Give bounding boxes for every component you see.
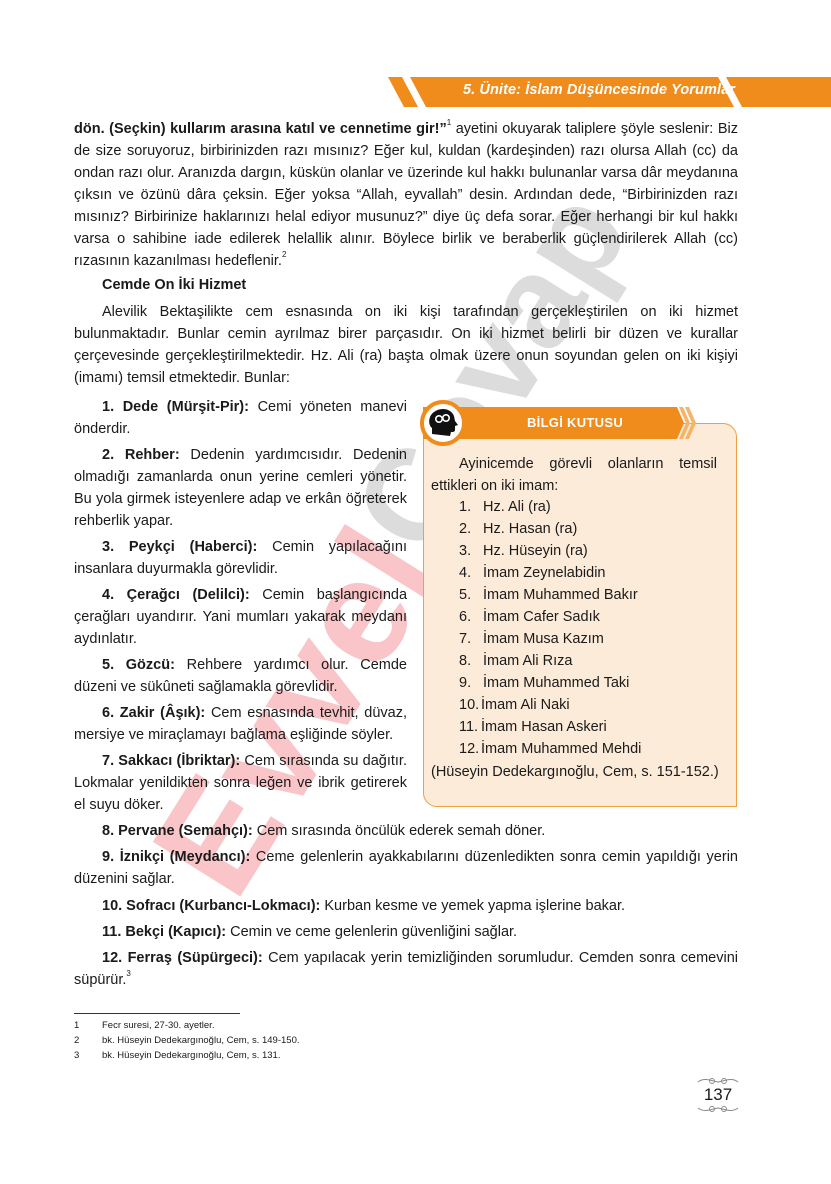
info-box-title: BİLGİ KUTUSU	[500, 415, 650, 430]
footnote-text: bk. Hüseyin Dedekargınoğlu, Cem, s. 131.	[102, 1048, 280, 1063]
imam-number: 2.	[459, 518, 483, 540]
service-label: 2. Rehber:	[102, 447, 180, 463]
service-item: 4. Çerağcı (Delilci): Cemin başlangıcınd…	[74, 584, 407, 650]
imam-item: 11.İmam Hasan Askeri	[459, 716, 641, 738]
service-item: 11. Bekçi (Kapıcı): Cemin ve ceme gelenl…	[74, 921, 738, 943]
quote-bold: dön. (Seçkin) kullarım arasına katıl ve …	[74, 121, 447, 137]
imam-name: İmam Ali Rıza	[483, 650, 572, 672]
service-label: 5. Gözcü:	[102, 657, 175, 673]
imam-number: 3.	[459, 540, 483, 562]
footnote-text: bk. Hüseyin Dedekargınoğlu, Cem, s. 149-…	[102, 1033, 300, 1048]
imam-number: 8.	[459, 650, 483, 672]
imam-item: 5.İmam Muhammed Bakır	[459, 584, 641, 606]
service-item: 10. Sofracı (Kurbancı-Lokmacı): Kurban k…	[74, 895, 738, 917]
footnote-number: 2	[74, 1033, 102, 1048]
imam-number: 9.	[459, 672, 483, 694]
service-item: 7. Sakkacı (İbriktar): Cem sırasında su …	[74, 750, 407, 816]
info-box-source: (Hüseyin Dedekargınoğlu, Cem, s. 151-152…	[431, 761, 719, 783]
header-chevrons-decoration	[670, 407, 700, 439]
footnote-number: 3	[74, 1048, 102, 1063]
service-item: 1. Dede (Mürşit-Pir): Cemi yöneten manev…	[74, 396, 407, 440]
imam-number: 7.	[459, 628, 483, 650]
head-gears-icon	[420, 400, 466, 446]
imam-name: İmam Muhammed Taki	[483, 672, 629, 694]
imam-item: 3.Hz. Hüseyin (ra)	[459, 540, 641, 562]
imam-name: Hz. Hüseyin (ra)	[483, 540, 588, 562]
service-item: 9. İznikçi (Meydancı): Ceme gelenlerin a…	[74, 846, 738, 890]
imam-number: 11.	[459, 716, 481, 738]
footnotes: 1Fecr suresi, 27-30. ayetler. 2bk. Hüsey…	[74, 1018, 300, 1063]
service-label: 1. Dede (Mürşit-Pir):	[102, 399, 249, 415]
imam-name: İmam Musa Kazım	[483, 628, 604, 650]
footnote: 1Fecr suresi, 27-30. ayetler.	[74, 1018, 300, 1033]
service-text: Kurban kesme ve yemek yapma işlerine bak…	[320, 898, 625, 914]
imam-item: 1.Hz. Ali (ra)	[459, 496, 641, 518]
service-label: 8. Pervane (Semahçı):	[102, 823, 253, 839]
imam-number: 12.	[459, 738, 481, 760]
page-number: 137	[686, 1075, 750, 1115]
info-box-intro: Ayinicemde görevli olanların temsil etti…	[431, 453, 717, 497]
imam-number: 5.	[459, 584, 483, 606]
imam-item: 6.İmam Cafer Sadık	[459, 606, 641, 628]
imam-name: İmam Muhammed Mehdi	[481, 738, 641, 760]
imam-item: 4.İmam Zeynelabidin	[459, 562, 641, 584]
unit-banner: 5. Ünite: İslam Düşüncesinde Yorumlar	[388, 77, 831, 107]
imam-number: 4.	[459, 562, 483, 584]
imam-item: 2.Hz. Hasan (ra)	[459, 518, 641, 540]
imam-number: 1.	[459, 496, 483, 518]
imam-name: İmam Ali Naki	[481, 694, 570, 716]
footnote-divider	[74, 1013, 240, 1014]
service-item: 8. Pervane (Semahçı): Cem sırasında öncü…	[74, 820, 738, 842]
intro-text: ayetini okuyarak taliplere şöyle sesleni…	[74, 121, 738, 269]
service-label: 7. Sakkacı (İbriktar):	[102, 753, 240, 769]
section-heading: Cemde On İki Hizmet	[102, 277, 246, 293]
imam-item: 12.İmam Muhammed Mehdi	[459, 738, 641, 760]
service-item: 3. Peykçi (Haberci): Cemin yapılacağını …	[74, 536, 407, 580]
imam-name: İmam Muhammed Bakır	[483, 584, 638, 606]
unit-title: 5. Ünite: İslam Düşüncesinde Yorumlar	[454, 82, 744, 98]
footnote: 2bk. Hüseyin Dedekargınoğlu, Cem, s. 149…	[74, 1033, 300, 1048]
footnote-text: Fecr suresi, 27-30. ayetler.	[102, 1018, 214, 1033]
service-item: 5. Gözcü: Rehbere yardımcı olur. Cemde d…	[74, 654, 407, 698]
service-item: 2. Rehber: Dedenin yardımcısıdır. Dedeni…	[74, 444, 407, 532]
service-text: Cemin ve ceme gelenlerin güvenliğini sağ…	[226, 924, 517, 940]
imam-list: 1.Hz. Ali (ra) 2.Hz. Hasan (ra) 3.Hz. Hü…	[459, 496, 641, 760]
service-item: 6. Zakir (Âşık): Cem esnasında tevhit, d…	[74, 702, 407, 746]
page-number-text: 137	[686, 1085, 750, 1105]
imam-item: 10.İmam Ali Naki	[459, 694, 641, 716]
imam-name: İmam Zeynelabidin	[483, 562, 606, 584]
footnote-number: 1	[74, 1018, 102, 1033]
footnote-ref-3[interactable]: 3	[126, 969, 130, 978]
imam-number: 6.	[459, 606, 483, 628]
imam-item: 8.İmam Ali Rıza	[459, 650, 641, 672]
footnote-ref-2[interactable]: 2	[282, 250, 286, 259]
service-label: 6. Zakir (Âşık):	[102, 705, 205, 721]
service-label: 12. Ferraş (Süpürgeci):	[102, 950, 263, 966]
footnote: 3bk. Hüseyin Dedekargınoğlu, Cem, s. 131…	[74, 1048, 300, 1063]
service-item: 12. Ferraş (Süpürgeci): Cem yapılacak ye…	[74, 947, 738, 991]
service-label: 11. Bekçi (Kapıcı):	[102, 924, 226, 940]
service-text: Cem sırasında öncülük ederek semah döner…	[253, 823, 546, 839]
imam-name: İmam Cafer Sadık	[483, 606, 600, 628]
imam-item: 7.İmam Musa Kazım	[459, 628, 641, 650]
imam-name: İmam Hasan Askeri	[481, 716, 607, 738]
imam-number: 10.	[459, 694, 481, 716]
section-paragraph: Alevilik Bektaşilikte cem esnasında on i…	[74, 301, 738, 389]
service-label: 4. Çerağcı (Delilci):	[102, 587, 250, 603]
imam-name: Hz. Ali (ra)	[483, 496, 551, 518]
imam-item: 9.İmam Muhammed Taki	[459, 672, 641, 694]
imam-name: Hz. Hasan (ra)	[483, 518, 577, 540]
service-label: 3. Peykçi (Haberci):	[102, 539, 257, 555]
service-label: 10. Sofracı (Kurbancı-Lokmacı):	[102, 898, 320, 914]
intro-paragraph: dön. (Seçkin) kullarım arasına katıl ve …	[74, 118, 738, 272]
service-label: 9. İznikçi (Meydancı):	[102, 849, 250, 865]
